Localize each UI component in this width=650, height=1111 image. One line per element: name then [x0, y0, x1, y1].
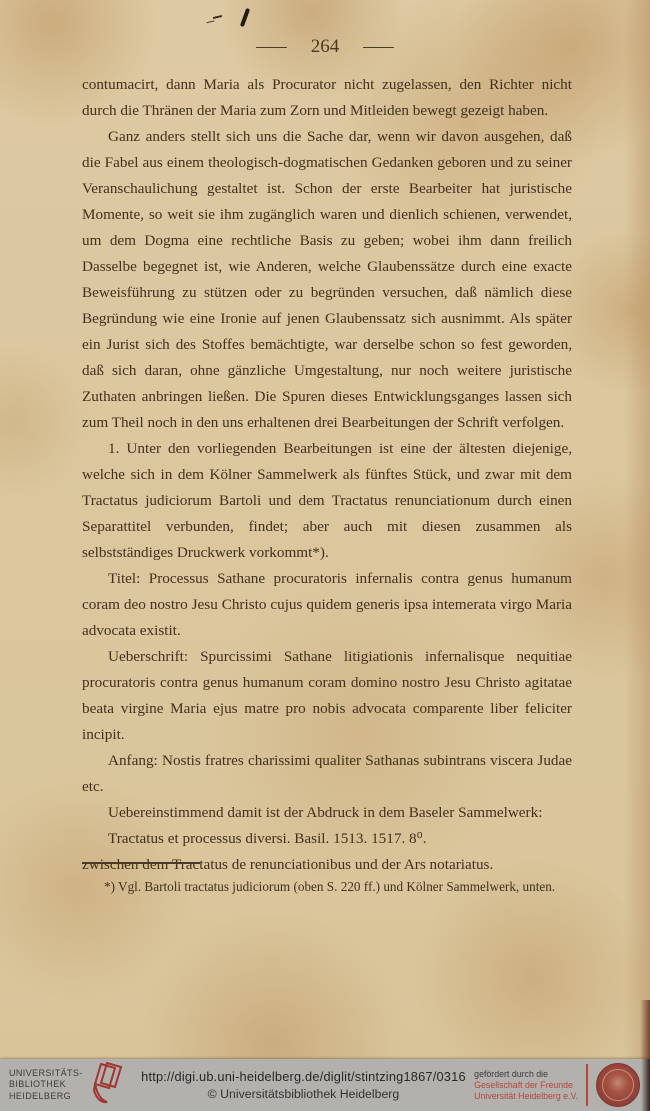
university-seal-icon: [596, 1063, 640, 1107]
paragraph: Ueberschrift: Spurcissimi Sathane litigi…: [82, 644, 572, 748]
digitization-url: http://digi.ub.uni-heidelberg.de/diglit/…: [133, 1069, 474, 1084]
library-name: UNIVERSITÄTS- BIBLIOTHEK HEIDELBERG: [9, 1068, 83, 1103]
paragraph: Ganz anders stellt sich uns die Sache da…: [82, 124, 572, 436]
paragraph: 1. Unter den vorliegenden Bearbeitungen …: [82, 436, 572, 566]
page-number: 264: [311, 36, 340, 58]
header-dash-left: —: [256, 36, 286, 58]
funding-line: Gesellschaft der Freunde: [474, 1080, 578, 1091]
page-header: — 264 —: [0, 36, 650, 58]
library-logo-icon: [87, 1062, 123, 1109]
footnote: *) Vgl. Bartoli tractatus judiciorum (ob…: [82, 862, 572, 897]
ink-mark: [240, 8, 250, 27]
footnote-rule: [82, 862, 200, 864]
paragraph: contumacirt, dann Maria als Procurator n…: [82, 72, 572, 124]
footnote-text: *) Vgl. Bartoli tractatus judiciorum (ob…: [82, 876, 572, 897]
library-name-line: UNIVERSITÄTS-: [9, 1068, 83, 1080]
funding-line: gefördert durch die: [474, 1069, 578, 1080]
body-text: contumacirt, dann Maria als Procurator n…: [82, 72, 572, 878]
library-stamp-bar: UNIVERSITÄTS- BIBLIOTHEK HEIDELBERG http…: [0, 1059, 650, 1111]
copyright-line: © Universitätsbibliothek Heidelberg: [133, 1087, 474, 1101]
funding-line: Universität Heidelberg e.V.: [474, 1091, 578, 1102]
funding-note: gefördert durch die Gesellschaft der Fre…: [474, 1069, 578, 1102]
library-name-line: BIBLIOTHEK: [9, 1079, 83, 1091]
paragraph: Anfang: Nostis fratres charissimi qualit…: [82, 748, 572, 800]
red-divider: [586, 1064, 588, 1106]
paragraph: Tractatus et processus diversi. Basil. 1…: [82, 826, 572, 852]
library-name-line: HEIDELBERG: [9, 1091, 83, 1103]
scanned-book-page: — 264 — contumacirt, dann Maria als Proc…: [0, 0, 650, 1111]
header-dash-right: —: [364, 36, 394, 58]
paragraph: Uebereinstimmend damit ist der Abdruck i…: [82, 800, 572, 826]
ink-mark-small: [213, 15, 222, 19]
stamp-center: http://digi.ub.uni-heidelberg.de/diglit/…: [133, 1069, 474, 1101]
scan-edge-shadow: [641, 1059, 650, 1111]
paragraph: Titel: Processus Sathane procuratoris in…: [82, 566, 572, 644]
page-edge-shadow: [640, 1000, 650, 1060]
